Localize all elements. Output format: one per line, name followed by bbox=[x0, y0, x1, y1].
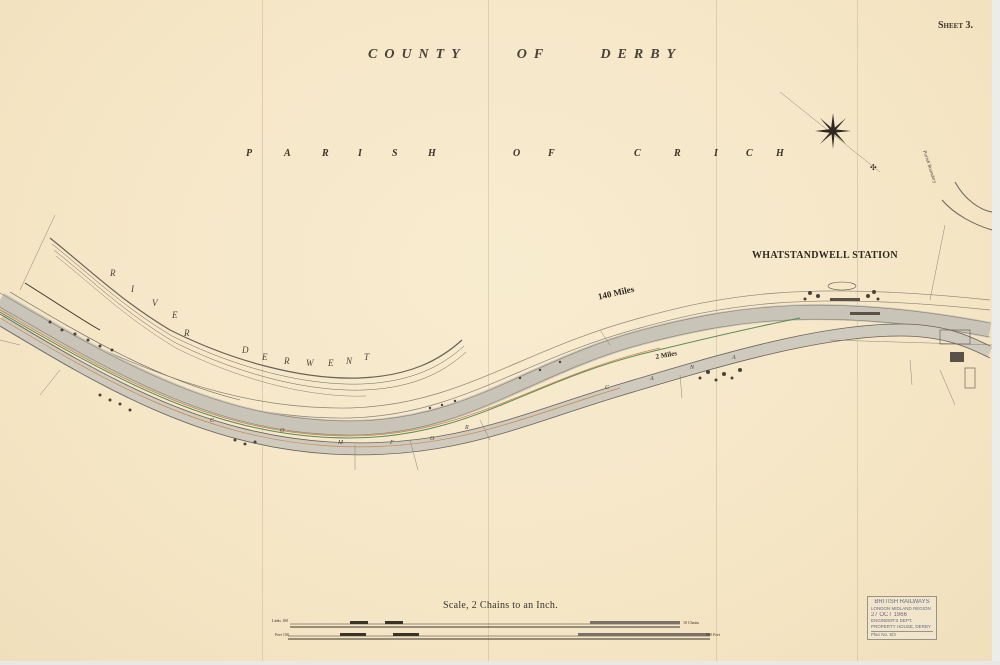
parish-letter: S bbox=[392, 148, 398, 159]
scale-links-label: Links 100 bbox=[272, 618, 288, 623]
parish-letter: H bbox=[428, 148, 436, 159]
river-label-letter: E bbox=[328, 358, 334, 368]
river-bank-right bbox=[942, 182, 992, 230]
compass-star-icon bbox=[815, 113, 851, 149]
station-label: WHATSTANDWELL STATION bbox=[752, 250, 898, 261]
county-title: COUNTY OF DERBY bbox=[368, 47, 682, 63]
railway-plan-map: ✣ COUNTY OF DERBY Sheet 3. P A R I bbox=[0, 0, 1000, 665]
paper-edge bbox=[0, 661, 1000, 665]
stamp-plan-value: 5/3 bbox=[890, 632, 896, 637]
parish-letter: F bbox=[548, 148, 555, 159]
map-drawing: ✣ bbox=[0, 0, 1000, 665]
river-label-letter: E bbox=[262, 352, 268, 362]
parish-letter: I bbox=[714, 148, 718, 159]
paper-edge bbox=[992, 0, 1000, 665]
stamp-address: PROPERTY HOUSE, DERBY bbox=[871, 624, 933, 630]
river-label-letter: T bbox=[364, 352, 369, 362]
canal-label-letter: M bbox=[338, 440, 343, 446]
river-label-letter: R bbox=[284, 356, 290, 366]
canal-label-letter: A bbox=[732, 355, 736, 361]
canal-label-letter: F bbox=[390, 440, 394, 446]
british-railways-stamp: BRITISH RAILWAYS LONDON MIDLAND REGION 2… bbox=[867, 596, 937, 640]
canal-label-letter: N bbox=[690, 365, 694, 371]
river-label-letter: V bbox=[152, 298, 158, 308]
canal-label-letter: C bbox=[605, 385, 609, 391]
parish-letter: C bbox=[634, 148, 641, 159]
railway-line bbox=[0, 293, 990, 438]
canal-label-letter: A bbox=[650, 376, 654, 382]
river-label-letter: E bbox=[172, 310, 178, 320]
field-boundaries bbox=[0, 92, 995, 470]
svg-text:✣: ✣ bbox=[870, 163, 877, 172]
scale-feet-label: Feet 100 bbox=[275, 632, 289, 637]
river-label-letter: I bbox=[131, 284, 134, 294]
parish-letter: C bbox=[746, 148, 753, 159]
parish-letter: R bbox=[322, 148, 329, 159]
scale-bar-feet bbox=[288, 633, 710, 639]
parish-letter: P bbox=[246, 148, 252, 159]
stamp-plan-label: Plan No. bbox=[871, 632, 888, 637]
river-label-letter: R bbox=[110, 268, 116, 278]
parish-letter: A bbox=[284, 148, 291, 159]
scale-chains-label: 10 Chains bbox=[683, 620, 699, 625]
scale-bar-chains bbox=[290, 621, 680, 627]
sheet-label: Sheet 3. bbox=[938, 20, 973, 31]
canal-label-letter: R bbox=[465, 425, 469, 431]
river-label-letter: W bbox=[306, 358, 314, 368]
canal-label-letter: O bbox=[280, 428, 284, 434]
parish-letter: O bbox=[513, 148, 520, 159]
parish-letter: I bbox=[358, 148, 362, 159]
canal-label-letter: C bbox=[210, 418, 214, 424]
scale-feet-end-label: 660 Feet bbox=[706, 632, 720, 637]
river-label-letter: N bbox=[346, 356, 352, 366]
stamp-plan-number: Plan No. 5/3 bbox=[871, 631, 933, 638]
river-label-letter: D bbox=[242, 345, 249, 355]
river-label-letter: R bbox=[184, 328, 190, 338]
parish-letter: R bbox=[674, 148, 681, 159]
parish-letter: H bbox=[776, 148, 784, 159]
canal-label-letter: O bbox=[430, 436, 434, 442]
stamp-title: BRITISH RAILWAYS bbox=[871, 599, 933, 606]
scale-title: Scale, 2 Chains to an Inch. bbox=[443, 600, 558, 611]
